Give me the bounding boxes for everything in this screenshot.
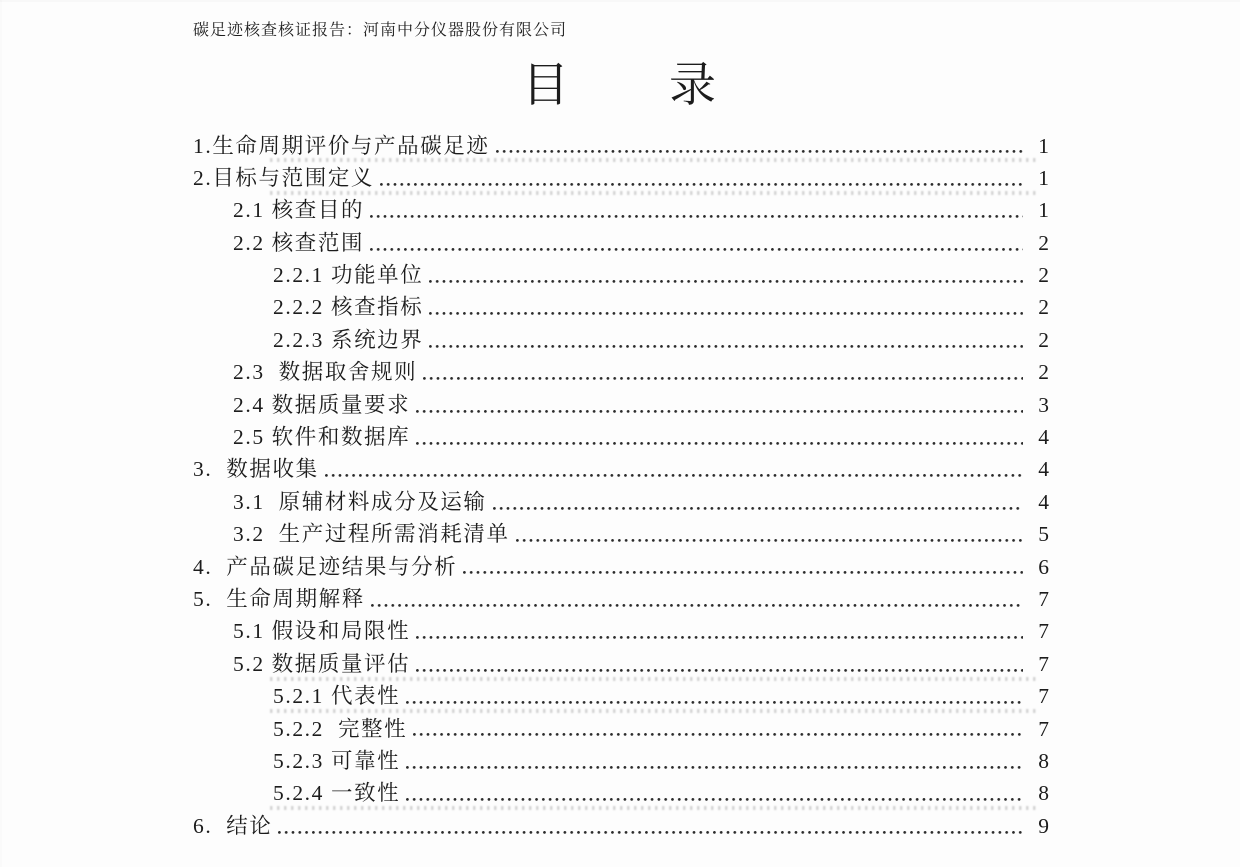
toc-page-number: 2	[1027, 359, 1049, 386]
toc-page-number: 4	[1027, 456, 1049, 483]
toc-entry: 2.2 核查范围 2	[193, 224, 1049, 256]
dotted-leader	[325, 474, 1023, 477]
dotted-leader	[463, 571, 1023, 574]
toc-entry-label: 3. 数据收集	[193, 456, 319, 483]
toc-entry: 2.2.2 核查指标 2	[193, 289, 1049, 321]
toc-list: 1.生命周期评价与产品碳足迹 1 2.目标与范围定义 1 2.1 核查目的 1 …	[193, 127, 1049, 840]
dotted-leader	[406, 798, 1023, 801]
toc-page-number: 9	[1027, 813, 1049, 840]
toc-entry-label: 5.2.4 一致性	[273, 780, 400, 807]
toc-entry: 5. 生命周期解释 7	[193, 580, 1049, 612]
toc-page-number: 7	[1027, 716, 1049, 743]
toc-entry-label: 2.4 数据质量要求	[233, 392, 410, 419]
toc-page-number: 5	[1027, 521, 1049, 548]
dotted-leader	[423, 377, 1023, 380]
toc-entry: 1.生命周期评价与产品碳足迹 1	[193, 127, 1049, 159]
toc-page-number: 7	[1027, 651, 1049, 678]
dotted-leader	[496, 150, 1023, 153]
dotted-leader	[371, 604, 1023, 607]
dotted-leader	[416, 410, 1023, 413]
toc-entry-label: 2.2.3 系统边界	[273, 327, 423, 354]
toc-entry-label: 4. 产品碳足迹结果与分析	[193, 554, 457, 581]
toc-page-number: 2	[1027, 327, 1049, 354]
toc-page-number: 1	[1027, 133, 1049, 160]
toc-entry-label: 2.5 软件和数据库	[233, 424, 410, 451]
dotted-leader	[493, 507, 1023, 510]
dotted-leader	[416, 669, 1023, 672]
toc-page-number: 1	[1027, 197, 1049, 224]
toc-entry: 4. 产品碳足迹结果与分析 6	[193, 548, 1049, 580]
toc-entry-label: 5.2.3 可靠性	[273, 748, 400, 775]
toc-entry-label: 5.2.1 代表性	[273, 683, 400, 710]
toc-page-number: 1	[1027, 165, 1049, 192]
toc-page-number: 6	[1027, 554, 1049, 581]
report-header: 碳足迹核查核证报告：河南中分仪器股份有限公司	[193, 17, 567, 40]
dotted-leader	[370, 248, 1023, 251]
toc-page-number: 2	[1027, 262, 1049, 289]
toc-entry: 5.1 假设和局限性 7	[193, 613, 1049, 645]
toc-page-number: 2	[1027, 230, 1049, 257]
toc-entry-label: 3.2 生产过程所需消耗清单	[233, 521, 510, 548]
toc-entry: 3.1 原辅材料成分及运输 4	[193, 483, 1049, 515]
toc-entry-label: 2.2 核查范围	[233, 230, 364, 257]
toc-title: 目 录	[0, 58, 1240, 114]
toc-entry-label: 5.2.2 完整性	[273, 716, 407, 743]
toc-entry-label: 5.2 数据质量评估	[233, 651, 410, 678]
toc-entry: 5.2.3 可靠性 8	[193, 742, 1049, 774]
dotted-leader	[429, 345, 1023, 348]
toc-entry: 2.1 核查目的 1	[193, 192, 1049, 224]
toc-page-number: 7	[1027, 618, 1049, 645]
toc-entry-label: 5. 生命周期解释	[193, 586, 365, 613]
toc-page-number: 7	[1027, 586, 1049, 613]
toc-entry-label: 2.2.1 功能单位	[273, 262, 423, 289]
toc-entry-label: 5.1 假设和局限性	[233, 618, 410, 645]
toc-page-number: 3	[1027, 392, 1049, 419]
toc-entry-label: 1.生命周期评价与产品碳足迹	[193, 133, 490, 160]
toc-entry-label: 2.2.2 核查指标	[273, 294, 423, 321]
toc-entry-label: 2.3 数据取舍规则	[233, 359, 417, 386]
dotted-leader	[406, 701, 1023, 704]
toc-entry: 2.2.1 功能单位 2	[193, 257, 1049, 289]
toc-entry: 5.2 数据质量评估 7	[193, 645, 1049, 677]
dotted-leader	[416, 442, 1023, 445]
toc-page-number: 4	[1027, 489, 1049, 516]
toc-entry: 2.4 数据质量要求 3	[193, 386, 1049, 418]
dotted-leader	[413, 733, 1023, 736]
toc-entry-label: 2.目标与范围定义	[193, 165, 374, 192]
document-page: 碳足迹核查核证报告：河南中分仪器股份有限公司 目 录 1.生命周期评价与产品碳足…	[0, 0, 1240, 867]
toc-entry-label: 3.1 原辅材料成分及运输	[233, 489, 487, 516]
toc-entry: 3. 数据收集 4	[193, 451, 1049, 483]
toc-entry: 5.2.1 代表性 7	[193, 678, 1049, 710]
toc-entry: 6. 结论 9	[193, 807, 1049, 839]
dotted-leader	[380, 183, 1023, 186]
toc-entry: 2.5 软件和数据库 4	[193, 419, 1049, 451]
toc-entry: 5.2.2 完整性 7	[193, 710, 1049, 742]
toc-entry: 5.2.4 一致性 8	[193, 775, 1049, 807]
toc-page-number: 2	[1027, 294, 1049, 321]
toc-entry-label: 2.1 核查目的	[233, 197, 364, 224]
dotted-leader	[370, 215, 1023, 218]
dotted-leader	[516, 539, 1023, 542]
dotted-leader	[278, 831, 1023, 834]
dotted-leader	[429, 312, 1023, 315]
toc-entry: 2.2.3 系统边界 2	[193, 321, 1049, 353]
toc-entry: 2.目标与范围定义 1	[193, 159, 1049, 191]
toc-entry: 3.2 生产过程所需消耗清单 5	[193, 516, 1049, 548]
toc-entry: 2.3 数据取舍规则 2	[193, 354, 1049, 386]
toc-page-number: 7	[1027, 683, 1049, 710]
toc-page-number: 8	[1027, 748, 1049, 775]
dotted-leader	[416, 636, 1023, 639]
toc-page-number: 8	[1027, 780, 1049, 807]
dotted-leader	[406, 766, 1023, 769]
toc-page-number: 4	[1027, 424, 1049, 451]
toc-entry-label: 6. 结论	[193, 813, 272, 840]
dotted-leader	[429, 280, 1023, 283]
